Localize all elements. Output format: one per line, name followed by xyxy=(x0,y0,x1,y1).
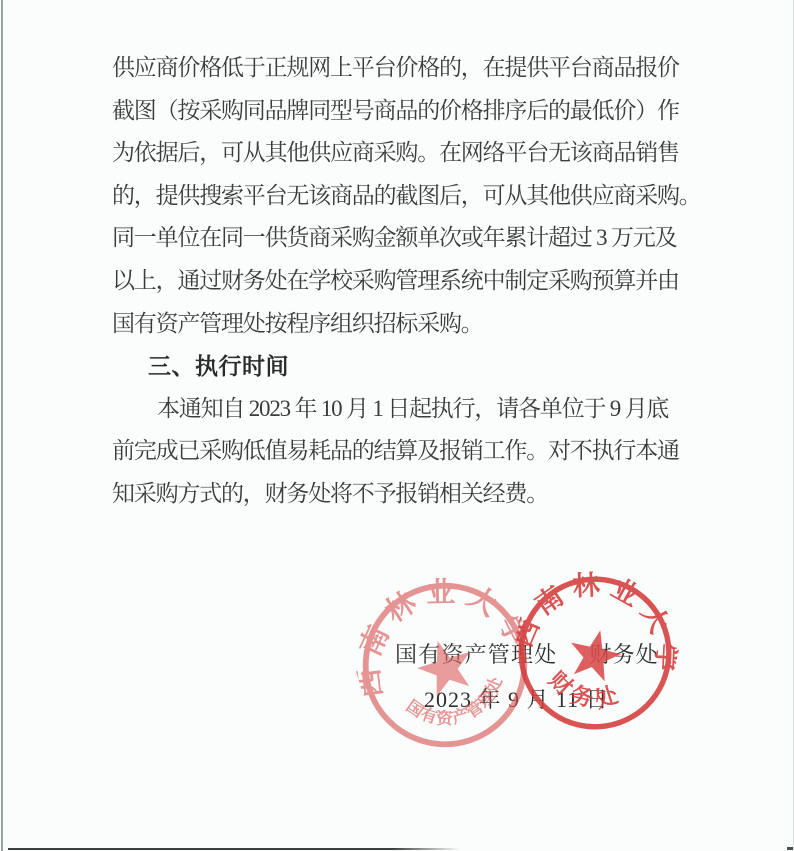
signature-row: 国有资产管理处 财务处 xyxy=(395,638,659,669)
scanned-document-page: 供应商价格低于正规网上平台价格的，在提供平台商品报价 截图（按采购同品牌同型号商… xyxy=(0,0,794,851)
scan-edge-bottom-line xyxy=(8,848,460,850)
body-line: 截图（按采购同品牌同型号商品的价格排序后的最低价）作 xyxy=(112,90,687,133)
body-line: 国有资产管理处按程序组织招标采购。 xyxy=(112,303,687,346)
body-line: 以上，通过财务处在学校采购管理系统中制定采购预算并由 xyxy=(112,260,687,303)
document-body: 供应商价格低于正规网上平台价格的，在提供平台商品报价 截图（按采购同品牌同型号商… xyxy=(112,47,687,516)
body-line: 为依据后，可从其他供应商采购。在网络平台无该商品销售 xyxy=(112,132,687,175)
section-heading: 三、执行时间 xyxy=(112,345,687,388)
signature-date: 2023 年 9 月 11 日 xyxy=(424,683,609,714)
body-line: 前完成已采购低值易耗品的结算及报销工作。对不执行本通 xyxy=(112,430,687,473)
scan-corner-artifact xyxy=(787,847,793,850)
body-line: 知采购方式的，财务处将不予报销相关经费。 xyxy=(112,473,687,516)
body-line: 供应商价格低于正规网上平台价格的，在提供平台商品报价 xyxy=(112,47,687,90)
signature-department-left: 国有资产管理处 xyxy=(395,638,557,669)
signature-department-right: 财务处 xyxy=(589,638,659,669)
body-line: 同一单位在同一供货商采购金额单次或年累计超过 3 万元及 xyxy=(112,217,687,260)
body-line: 的，提供搜索平台无该商品的截图后，可从其他供应商采购。 xyxy=(112,175,687,218)
body-line: 本通知自 2023 年 10 月 1 日起执行，请各单位于 9 月底 xyxy=(112,388,687,431)
scan-edge-left-line xyxy=(1,0,3,851)
